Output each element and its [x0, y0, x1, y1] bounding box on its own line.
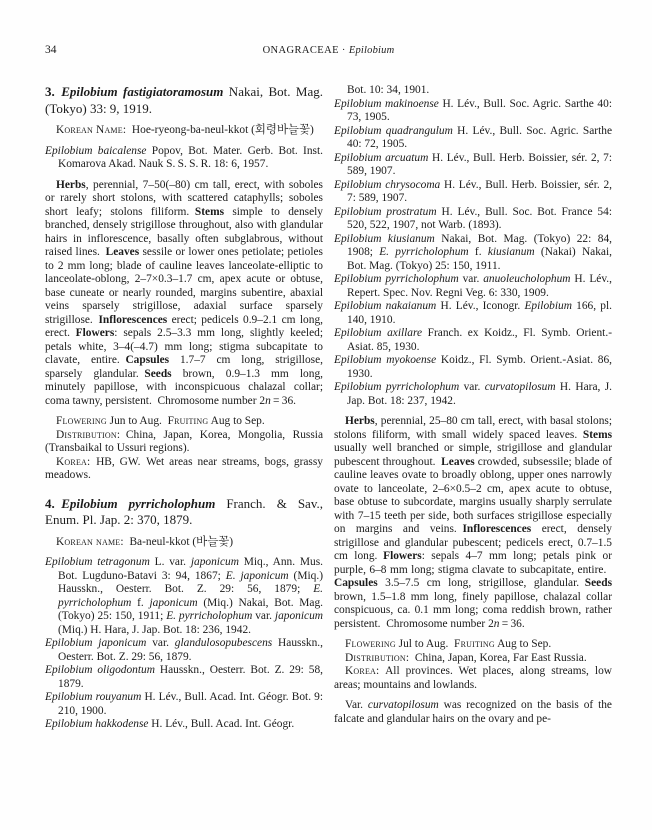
- species-4-heading: 4. Epilobium pyrricholophum Franch. & Sa…: [45, 496, 323, 529]
- italic-name: Epilobium baicalense: [45, 145, 146, 157]
- text-segment: , perennial, 25–80 cm tall, erect, with …: [334, 415, 612, 441]
- species-4-synonym-anuoleucholophum: Epilobium pyrricholophum var. anuoleucho…: [334, 273, 612, 300]
- text-segment: Hoe-ryeong-ba-neul-kkot (회령바늘꽃): [126, 124, 314, 136]
- text-segment: brown, 1.5–1.8 mm long, finely papillose…: [334, 591, 612, 630]
- small-caps-label: Fruiting: [168, 415, 209, 427]
- text-segment: Aug to Sep.: [495, 638, 551, 650]
- species-4-note: Var. curvatopilosum was recognized on th…: [334, 699, 612, 726]
- species-4-synonym-makinoense: Epilobium makinoense H. Lév., Bull. Soc.…: [334, 98, 612, 125]
- italic-name: E. pyrricholophum: [379, 246, 468, 258]
- bold-term: Flowers: [383, 550, 422, 562]
- italic-name: Epilobium nakaianum: [334, 300, 436, 312]
- italic-name: Epilobium tetragonum: [45, 556, 150, 568]
- species-4-synonym-myokoense: Epilobium myokoense Koidz., Fl. Symb. Or…: [334, 354, 612, 381]
- bold-term: 4.: [45, 496, 61, 511]
- bold-italic-name: Epilobium pyrricholophum: [61, 496, 215, 511]
- small-caps-label: Flowering: [56, 415, 107, 427]
- italic-name: curvatopilosum: [368, 699, 439, 711]
- species-4-synonym-rouyanum: Epilobium rouyanum H. Lév., Bull. Acad. …: [45, 691, 323, 718]
- bold-term: Capsules: [125, 354, 169, 366]
- italic-name: japonicum: [150, 597, 198, 609]
- small-caps-label: Korean Name:: [56, 124, 126, 136]
- text-segment: Bot. 10: 34, 1901.: [347, 84, 429, 96]
- text-segment: f.: [469, 246, 488, 258]
- bold-term: Flowers: [76, 327, 115, 339]
- bold-term: Herbs: [345, 415, 375, 427]
- text-segment: (Miq.) H. Hara, J. Jap. Bot. 18: 236, 19…: [58, 624, 251, 636]
- text-segment: Jul to Aug.: [396, 638, 454, 650]
- bold-term: 3.: [45, 84, 61, 99]
- italic-name: Epilobium hakkodense: [45, 718, 148, 730]
- italic-name: Epilobium kiusianum: [334, 233, 435, 245]
- text-segment: = 36.: [499, 618, 524, 630]
- species-4-synonym-chrysocoma: Epilobium chrysocoma H. Lév., Bull. Herb…: [334, 179, 612, 206]
- species-4-synonym-tetragonum: Epilobium tetragonum L. var. japonicum M…: [45, 556, 323, 637]
- italic-name: glandulosopubescens: [175, 637, 272, 649]
- species-3-phenology: Flowering Jun to Aug. Fruiting Aug to Se…: [45, 415, 323, 429]
- species-4-distribution: Distribution: China, Japan, Korea, Far E…: [334, 652, 612, 666]
- italic-name: Epilobium japonicum: [45, 637, 146, 649]
- italic-name: E. pyrricholophum: [166, 610, 252, 622]
- italic-name: E. japonicum: [226, 570, 289, 582]
- species-3-distribution: Distribution: China, Japan, Korea, Mongo…: [45, 429, 323, 456]
- small-caps-label: Korea:: [56, 456, 90, 468]
- text-segment: var.: [252, 610, 275, 622]
- small-caps-label: Distribution:: [56, 429, 120, 441]
- italic-name: Epilobium rouyanum: [45, 691, 141, 703]
- bold-term: Inflorescences: [462, 523, 531, 535]
- species-4-synonym-kiusianum: Epilobium kiusianum Nakai, Bot. Mag. (To…: [334, 233, 612, 274]
- text-segment: Var.: [345, 699, 368, 711]
- small-caps-label: Flowering: [345, 638, 396, 650]
- italic-name: Epilobium oligodontum: [45, 664, 155, 676]
- text-segment: 3.5–7.5 cm long, strigillose, glandular.: [378, 577, 585, 589]
- small-caps-label: Korea:: [345, 665, 379, 677]
- italic-name: japonicum: [191, 556, 239, 568]
- text-segment: H. Lév., Iconogr.: [436, 300, 524, 312]
- species-4-synonym-nakaianum: Epilobium nakaianum H. Lév., Iconogr. Ep…: [334, 300, 612, 327]
- species-4-synonym-hakkodense: Epilobium hakkodense H. Lév., Bull. Acad…: [45, 718, 323, 732]
- species-4-synonym-prostratum: Epilobium prostratum H. Lév., Bull. Soc.…: [334, 206, 612, 233]
- text-segment: var.: [459, 381, 484, 393]
- text-segment: var.: [146, 637, 174, 649]
- text-segment: var.: [459, 273, 483, 285]
- species-4-phenology: Flowering Jul to Aug. Fruiting Aug to Se…: [334, 638, 612, 652]
- species-4-korean-name: Korean name: Ba-neul-kkot (바늘꽃): [45, 536, 323, 550]
- small-caps-label: Korean name:: [56, 536, 124, 548]
- text-columns: 3. Epilobium fastigiatoramosum Nakai, Bo…: [45, 84, 612, 732]
- small-caps-label: Fruiting: [454, 638, 495, 650]
- species-3-description: Herbs, perennial, 7–50(–80) cm tall, ere…: [45, 179, 323, 409]
- bold-term: Capsules: [334, 577, 378, 589]
- italic-name: curvatopilosum: [485, 381, 556, 393]
- left-column: 3. Epilobium fastigiatoramosum Nakai, Bo…: [45, 84, 323, 732]
- italic-name: Epilobium pyrricholophum: [334, 381, 459, 393]
- bold-term: Stems: [195, 206, 224, 218]
- species-4-korea: Korea: All provinces. Wet places, along …: [334, 665, 612, 692]
- species-3-korea: Korea: HB, GW. Wet areas near streams, b…: [45, 456, 323, 483]
- bold-term: Leaves: [441, 456, 475, 468]
- text-segment: Aug to Sep.: [208, 415, 264, 427]
- italic-name: Epilobium axillare: [334, 327, 422, 339]
- species-4-synonym-quadrangulum: Epilobium quadrangulum H. Lév., Bull. So…: [334, 125, 612, 152]
- italic-name: japonicum: [275, 610, 323, 622]
- italic-name: Epilobium: [524, 300, 571, 312]
- text-segment: Ba-neul-kkot (바늘꽃): [124, 536, 233, 548]
- italic-name: Epilobium makinoense: [334, 98, 439, 110]
- italic-name: Epilobium prostratum: [334, 206, 437, 218]
- text-segment: H. Lév., Bull. Acad. Int. Géogr.: [148, 718, 294, 730]
- italic-name: Epilobium arcuatum: [334, 152, 428, 164]
- species-3-synonym-baicalense: Epilobium baicalense Popov, Bot. Mater. …: [45, 145, 323, 172]
- running-head-genus: Epilobium: [349, 45, 395, 56]
- species-4-synonym-oligodontum: Epilobium oligodontum Hausskn., Oesterr.…: [45, 664, 323, 691]
- right-column: Bot. 10: 34, 1901.Epilobium makinoense H…: [334, 84, 612, 732]
- running-head-separator: ·: [339, 45, 349, 56]
- text-segment: L. var.: [150, 556, 191, 568]
- bold-italic-name: Epilobium fastigiatoramosum: [61, 84, 223, 99]
- text-segment: f.: [131, 597, 149, 609]
- text-segment: China, Japan, Korea, Far East Russia.: [409, 652, 586, 664]
- text-segment: Jun to Aug.: [107, 415, 168, 427]
- running-head-family: ONAGRACEAE: [263, 45, 339, 56]
- italic-name: Epilobium myokoense: [334, 354, 436, 366]
- bold-term: Stems: [583, 429, 612, 441]
- italic-name: Epilobium quadrangulum: [334, 125, 453, 137]
- text-segment: = 36.: [271, 395, 296, 407]
- running-head: ONAGRACEAE · Epilobium: [45, 44, 612, 57]
- species-4-synonym-hakkodense-continuation: Bot. 10: 34, 1901.: [334, 84, 612, 98]
- bold-term: Leaves: [106, 246, 140, 258]
- species-4-synonym-arcuatum: Epilobium arcuatum H. Lév., Bull. Herb. …: [334, 152, 612, 179]
- italic-name: kiusianum: [488, 246, 535, 258]
- italic-name: Epilobium pyrricholophum: [334, 273, 459, 285]
- species-4-synonym-curvatopilosum: Epilobium pyrricholophum var. curvatopil…: [334, 381, 612, 408]
- bold-term: Seeds: [585, 577, 612, 589]
- species-4-description: Herbs, perennial, 25–80 cm tall, erect, …: [334, 415, 612, 631]
- bold-term: Seeds: [144, 368, 171, 380]
- bold-term: Inflorescences: [98, 314, 167, 326]
- italic-name: Epilobium chrysocoma: [334, 179, 440, 191]
- book-page: 34 ONAGRACEAE · Epilobium 3. Epilobium f…: [0, 0, 652, 830]
- species-3-korean-name: Korean Name: Hoe-ryeong-ba-neul-kkot (회령…: [45, 124, 323, 138]
- species-3-heading: 3. Epilobium fastigiatoramosum Nakai, Bo…: [45, 84, 323, 117]
- species-4-synonym-japonicum-glandulosopubescens: Epilobium japonicum var. glandulosopubes…: [45, 637, 323, 664]
- species-4-synonym-axillare: Epilobium axillare Franch. ex Koidz., Fl…: [334, 327, 612, 354]
- bold-term: Herbs: [56, 179, 86, 191]
- small-caps-label: Distribution:: [345, 652, 409, 664]
- italic-name: anuoleucholophum: [483, 273, 570, 285]
